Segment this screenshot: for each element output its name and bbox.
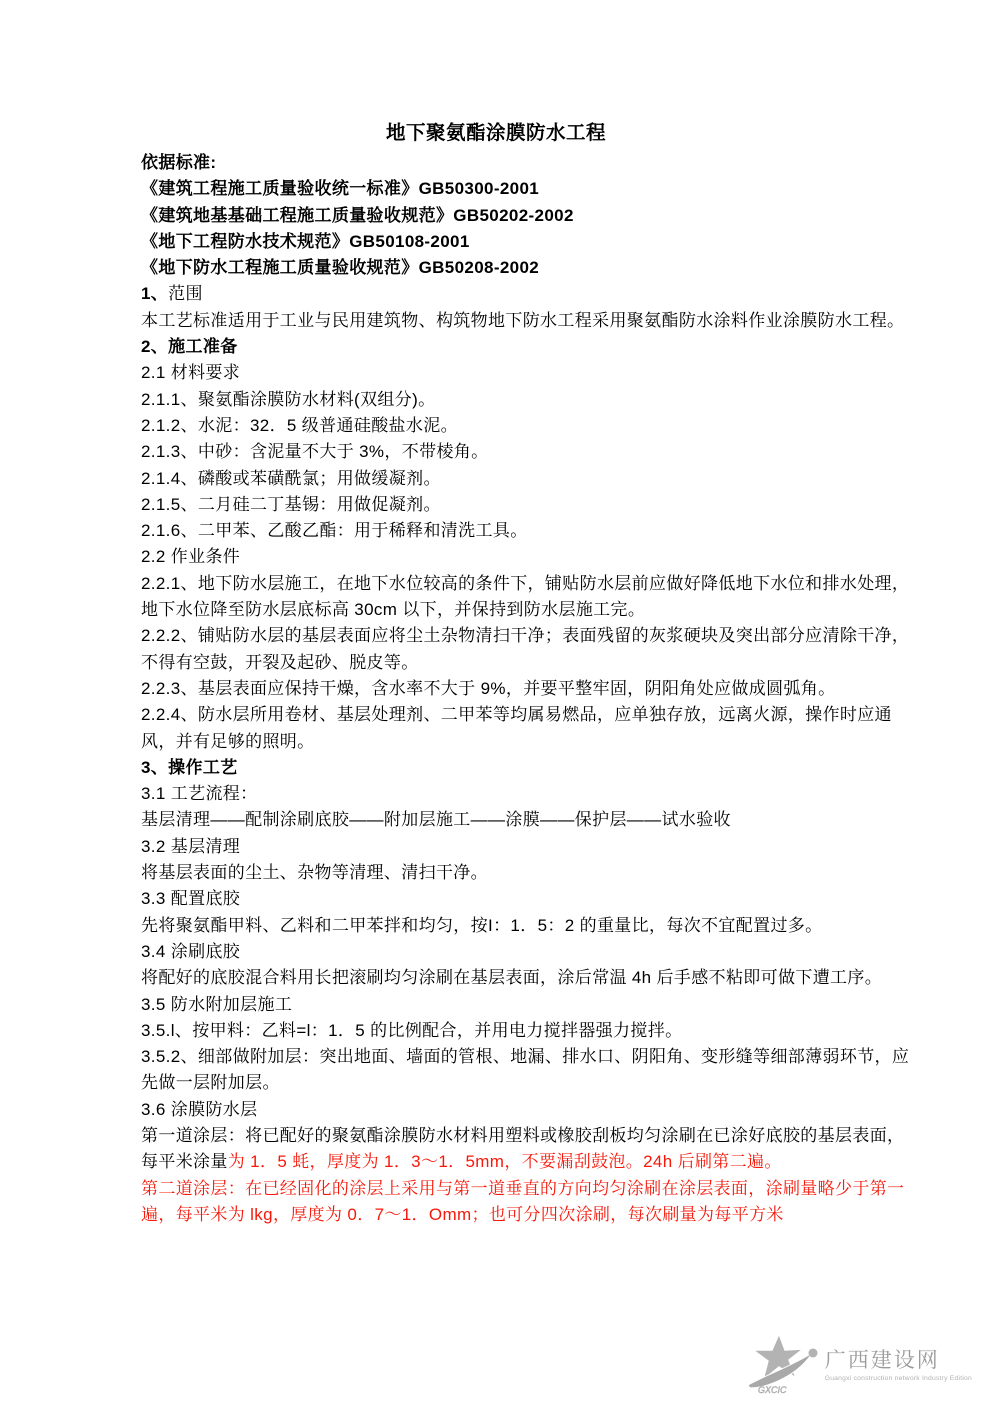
paragraph: 2、施工准备 — [141, 334, 911, 360]
text-segment-red: 为 1．5 蚝，厚度为 1．3～1．5mm，不要漏刮鼓泡。24h 后刷第二遍。 — [228, 1152, 782, 1171]
paragraph: 3.3 配置底胶 — [141, 886, 911, 912]
paragraph: 本工艺标准适用于工业与民用建筑物、构筑物地下防水工程采用聚氨酯防水涂料作业涂膜防… — [141, 308, 911, 334]
logo-caption-text: GXCIC — [758, 1385, 787, 1395]
text-segment: 依据标准: — [141, 153, 216, 172]
document-title: 地下聚氨酯涂膜防水工程 — [0, 118, 992, 148]
text-segment: 1、 — [141, 284, 168, 303]
text-segment: 3.2 基层清理 — [141, 837, 240, 856]
paragraph: 3.1 工艺流程： — [141, 781, 911, 807]
text-segment: 3、操作工艺 — [141, 758, 238, 777]
paragraph: 第一道涂层：将已配好的聚氨酯涂膜防水材料用塑料或橡胶刮板均匀涂刷在已涂好底胶的基… — [141, 1123, 911, 1176]
text-segment: 2.1.2、水泥：32．5 级普通硅酸盐水泥。 — [141, 416, 458, 435]
text-segment: 本工艺标准适用于工业与民用建筑物、构筑物地下防水工程采用聚氨酯防水涂料作业涂膜防… — [141, 311, 904, 330]
text-segment: 3.6 涂膜防水层 — [141, 1100, 258, 1119]
text-segment: 3.5.l、按甲料：乙料=l：1．5 的比例配合，并用电力搅拌器强力搅拌。 — [141, 1021, 682, 1040]
text-segment: 《地下工程防水技术规范》GB50108-2001 — [141, 232, 470, 251]
text-segment: 《地下防水工程施工质量验收规范》GB50208-2002 — [141, 258, 539, 277]
text-segment: 2.2 作业条件 — [141, 547, 240, 566]
paragraph: 先将聚氨酯甲料、乙料和二甲苯拌和均匀，按I：1．5：2 的重量比，每次不宜配置过… — [141, 913, 911, 939]
watermark-site-name: 广西建设网 — [825, 1348, 972, 1372]
text-segment: 2.1.5、二月硅二丁基锡：用做促凝剂。 — [141, 495, 441, 514]
paragraph: 基层清理——配制涂刷底胶——附加层施工——涂膜——保护层——试水验收 — [141, 807, 911, 833]
text-segment: 2、施工准备 — [141, 337, 238, 356]
text-segment: 2.2.2、铺贴防水层的基层表面应将尘土杂物清扫干净；表面残留的灰浆硬块及突出部… — [141, 626, 909, 671]
paragraph: 2.1.1、聚氨酯涂膜防水材料(双组分)。 — [141, 387, 911, 413]
text-segment: 将基层表面的尘土、杂物等清理、清扫干净。 — [141, 863, 488, 882]
watermark-text-block: 广西建设网 Guangxi construction network Indus… — [825, 1348, 972, 1382]
paragraph: 3.5.l、按甲料：乙料=l：1．5 的比例配合，并用电力搅拌器强力搅拌。 — [141, 1018, 911, 1044]
text-segment: 2.1.3、中砂：含泥量不大于 3%，不带棱角。 — [141, 442, 489, 461]
document-page: 地下聚氨酯涂膜防水工程 依据标准:《建筑工程施工质量验收统一标准》GB50300… — [0, 0, 992, 1403]
paragraph: 2.1.3、中砂：含泥量不大于 3%，不带棱角。 — [141, 439, 911, 465]
text-segment: 3.4 涂刷底胶 — [141, 942, 240, 961]
paragraph: 第二道涂层：在已经固化的涂层上采用与第一道垂直的方向均匀涂刷在涂层表面，涂刷量略… — [141, 1176, 911, 1229]
text-segment: 2.2.1、地下防水层施工，在地下水位较高的条件下，铺贴防水层前应做好降低地下水… — [141, 574, 909, 619]
paragraph: 3.5 防水附加层施工 — [141, 992, 911, 1018]
paragraph: 2.2.4、防水层所用卷材、基层处理剂、二甲苯等均属易燃品，应单独存放，远离火源… — [141, 702, 911, 755]
text-segment: 《建筑工程施工质量验收统一标准》GB50300-2001 — [141, 179, 539, 198]
paragraph: 3.2 基层清理 — [141, 834, 911, 860]
text-segment: 3.5.2、细部做附加层：突出地面、墙面的管根、地漏、排水口、阴阳角、变形缝等细… — [141, 1047, 909, 1092]
paragraph: 《建筑工程施工质量验收统一标准》GB50300-2001 — [141, 176, 911, 202]
text-segment: 基层清理——配制涂刷底胶——附加层施工——涂膜——保护层——试水验收 — [141, 810, 731, 829]
paragraph: 2.2.2、铺贴防水层的基层表面应将尘土杂物清扫干净；表面残留的灰浆硬块及突出部… — [141, 623, 911, 676]
paragraph: 《建筑地基基础工程施工质量验收规范》GB50202-2002 — [141, 203, 911, 229]
text-segment: 2.2.4、防水层所用卷材、基层处理剂、二甲苯等均属易燃品，应单独存放，远离火源… — [141, 705, 892, 750]
text-segment: 2.2.3、基层表面应保持干燥，含水率不大于 9%，并要平整牢固，阴阳角处应做成… — [141, 679, 836, 698]
text-segment: 3.1 工艺流程： — [141, 784, 258, 803]
paragraph: 3、操作工艺 — [141, 755, 911, 781]
paragraph: 《地下防水工程施工质量验收规范》GB50208-2002 — [141, 255, 911, 281]
paragraph: 2.2 作业条件 — [141, 544, 911, 570]
paragraph: 2.2.3、基层表面应保持干燥，含水率不大于 9%，并要平整牢固，阴阳角处应做成… — [141, 676, 911, 702]
text-segment: 2.1.1、聚氨酯涂膜防水材料(双组分)。 — [141, 390, 435, 409]
paragraph: 3.4 涂刷底胶 — [141, 939, 911, 965]
paragraph: 3.5.2、细部做附加层：突出地面、墙面的管根、地漏、排水口、阴阳角、变形缝等细… — [141, 1044, 911, 1097]
text-segment: 先将聚氨酯甲料、乙料和二甲苯拌和均匀，按I：1．5：2 的重量比，每次不宜配置过… — [141, 916, 823, 935]
paragraph: 依据标准: — [141, 150, 911, 176]
star-logo-icon: GXCIC — [744, 1333, 820, 1397]
document-body: 依据标准:《建筑工程施工质量验收统一标准》GB50300-2001《建筑地基基础… — [141, 150, 911, 1228]
text-segment: 《建筑地基基础工程施工质量验收规范》GB50202-2002 — [141, 206, 574, 225]
watermark-tagline: Guangxi construction network Industry Ed… — [825, 1375, 972, 1382]
text-segment: 3.5 防水附加层施工 — [141, 995, 292, 1014]
text-segment: 3.3 配置底胶 — [141, 889, 240, 908]
text-segment: 2.1.4、磷酸或苯磺酰氯；用做缓凝剂。 — [141, 469, 441, 488]
text-segment: 2.1.6、二甲苯、乙酸乙酯：用于稀释和清洗工具。 — [141, 521, 528, 540]
paragraph: 将基层表面的尘土、杂物等清理、清扫干净。 — [141, 860, 911, 886]
text-segment: 范围 — [168, 284, 203, 303]
paragraph: 2.1.6、二甲苯、乙酸乙酯：用于稀释和清洗工具。 — [141, 518, 911, 544]
paragraph: 将配好的底胶混合料用长把滚刷均匀涂刷在基层表面，涂后常温 4h 后手感不粘即可做… — [141, 965, 911, 991]
paragraph: 2.1.5、二月硅二丁基锡：用做促凝剂。 — [141, 492, 911, 518]
paragraph: 2.2.1、地下防水层施工，在地下水位较高的条件下，铺贴防水层前应做好降低地下水… — [141, 571, 911, 624]
paragraph: 2.1.4、磷酸或苯磺酰氯；用做缓凝剂。 — [141, 466, 911, 492]
paragraph: 2.1 材料要求 — [141, 360, 911, 386]
site-watermark: GXCIC 广西建设网 Guangxi construction network… — [744, 1333, 972, 1397]
paragraph: 2.1.2、水泥：32．5 级普通硅酸盐水泥。 — [141, 413, 911, 439]
paragraph: 1、范围 — [141, 281, 911, 307]
text-segment-red: 第二道涂层：在已经固化的涂层上采用与第一道垂直的方向均匀涂刷在涂层表面，涂刷量略… — [141, 1179, 904, 1224]
text-segment: 将配好的底胶混合料用长把滚刷均匀涂刷在基层表面，涂后常温 4h 后手感不粘即可做… — [141, 968, 882, 987]
paragraph: 《地下工程防水技术规范》GB50108-2001 — [141, 229, 911, 255]
text-segment: 2.1 材料要求 — [141, 363, 240, 382]
paragraph: 3.6 涂膜防水层 — [141, 1097, 911, 1123]
